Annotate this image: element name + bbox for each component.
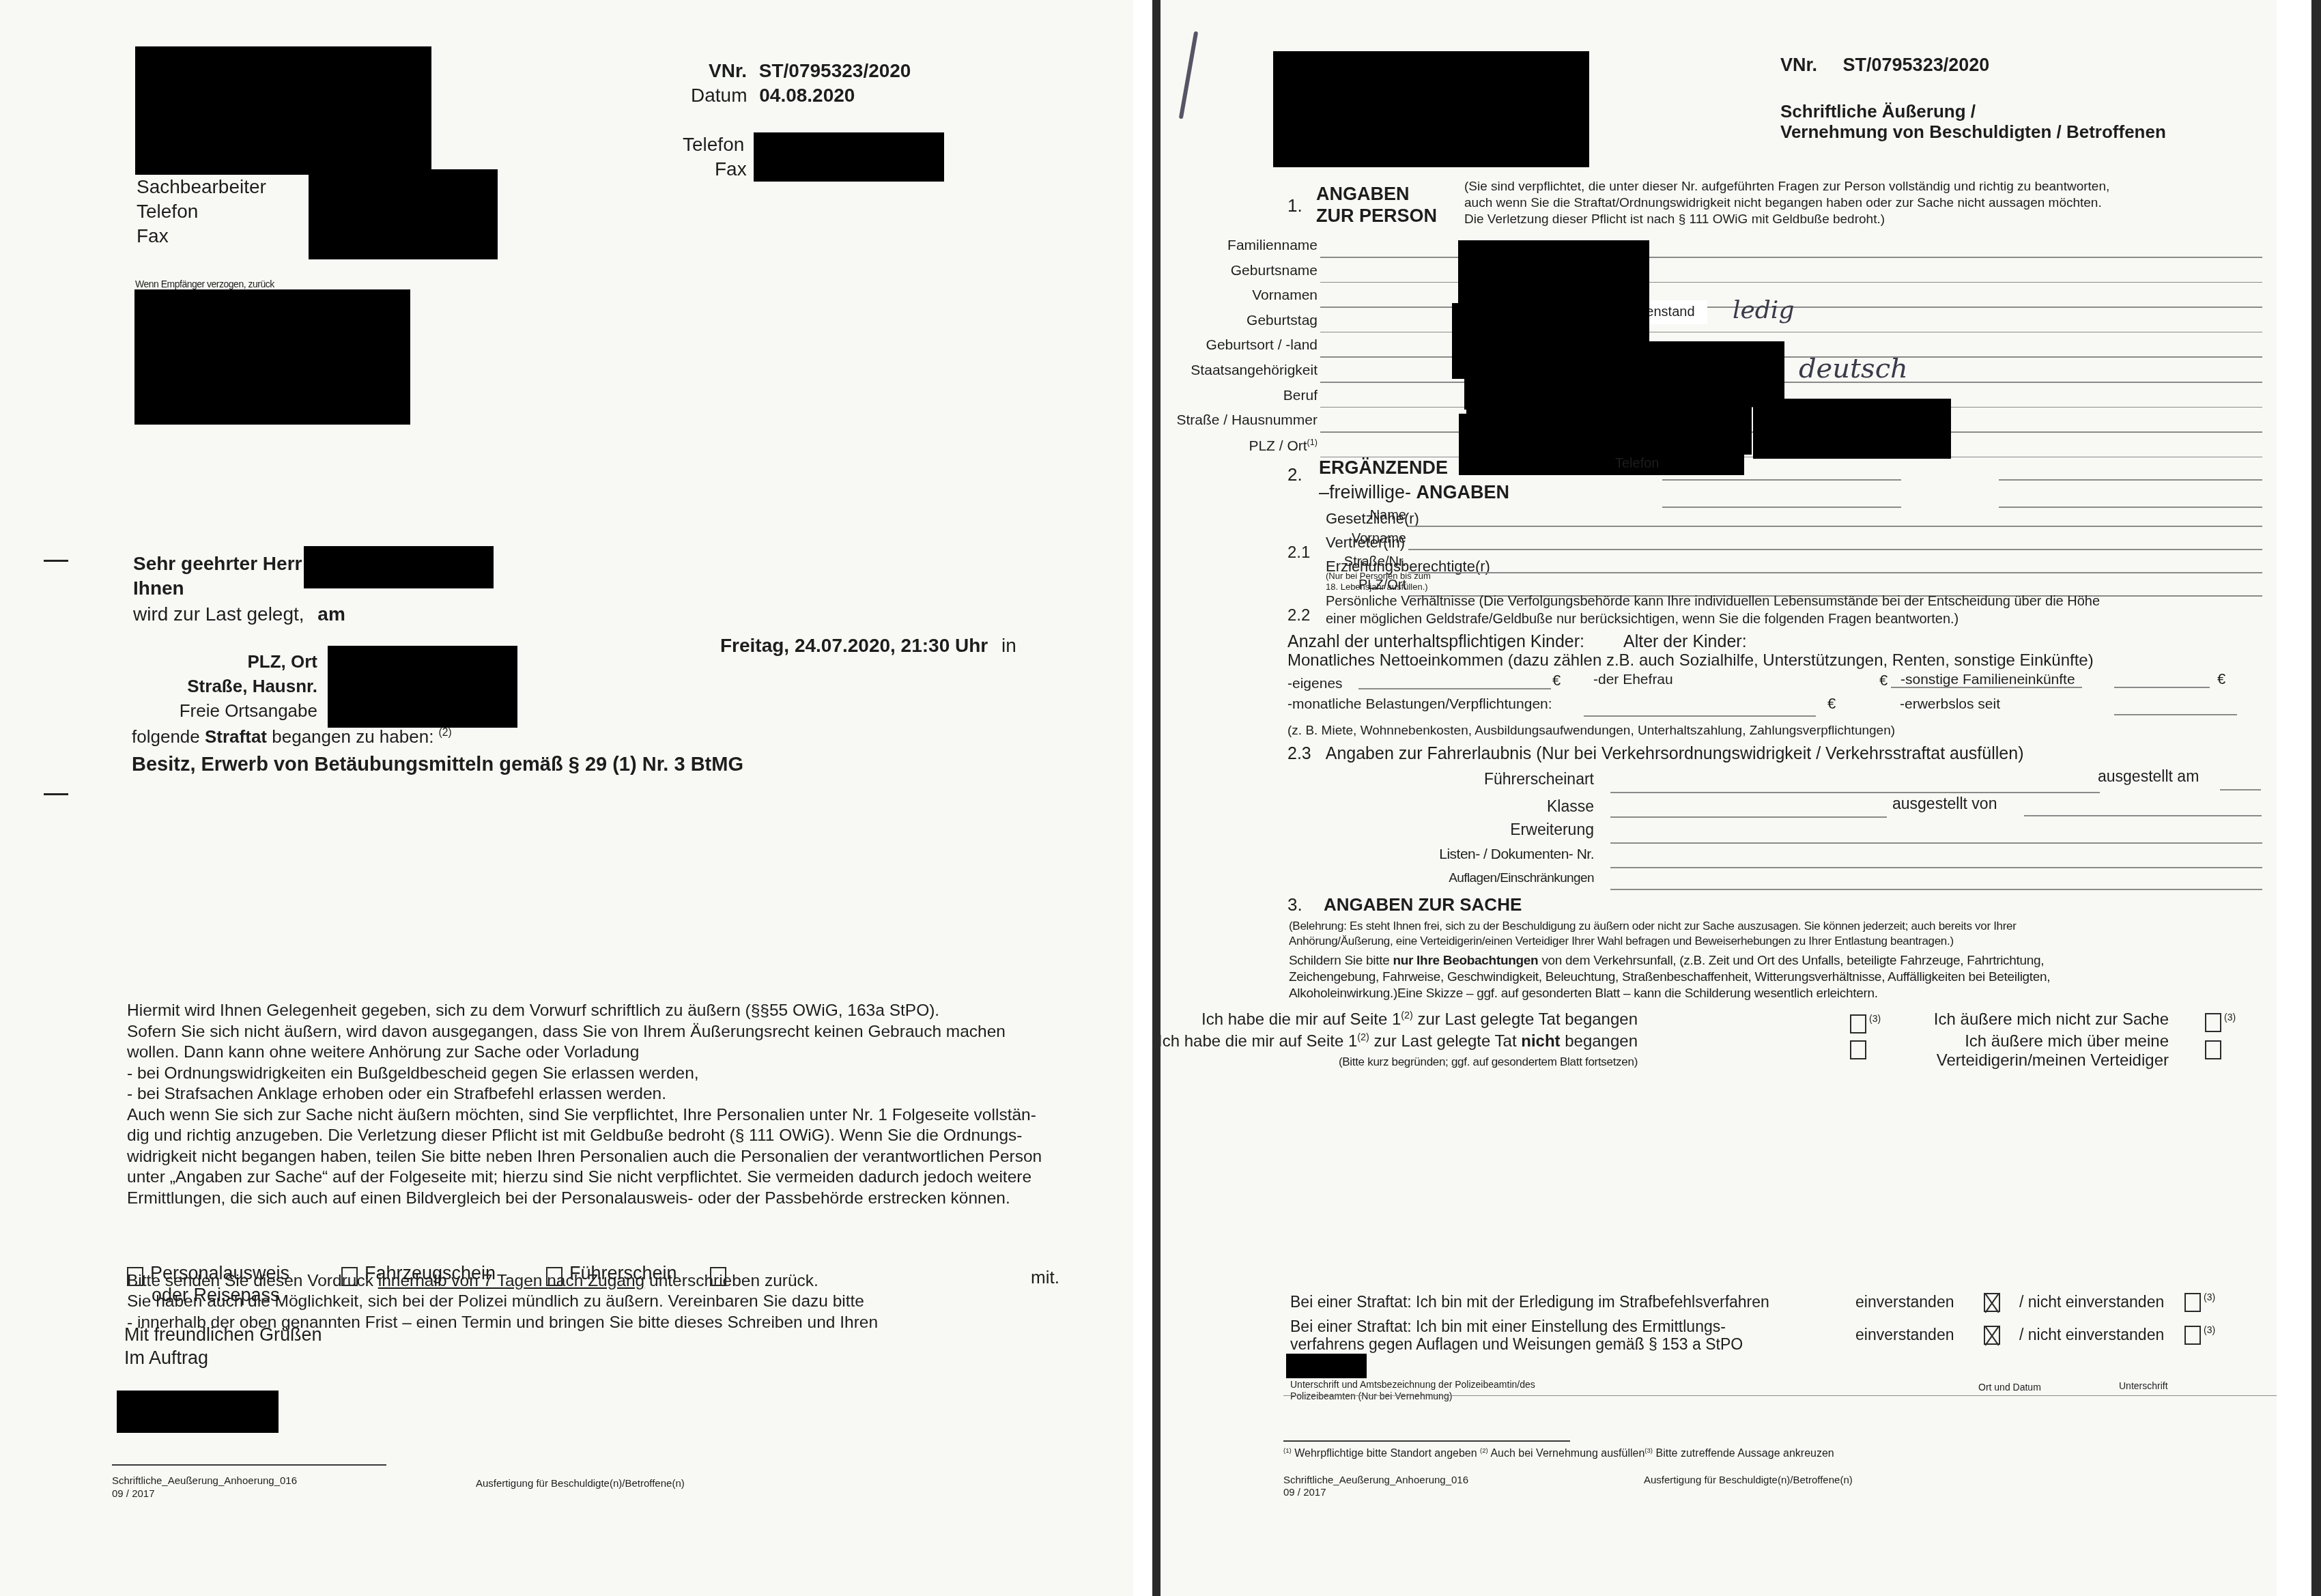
footer-copy-note: Ausfertigung für Beschuldigte(n)/Betroff… xyxy=(476,1478,685,1490)
notice-line-4: - bei Ordnungswidrigkeiten ein Bußgeldbe… xyxy=(127,1064,1042,1085)
nicht-begangen-pre: Ich habe die mir auf Seite 1 xyxy=(1160,1032,1357,1051)
fuehrerscheinart-label: Führerscheinart xyxy=(1484,770,1594,788)
verteidiger-label: Ich äußere mich über meine Verteidigerin… xyxy=(1937,1032,2169,1070)
kinder-label: Anzahl der unterhaltspflichtigen Kinder: xyxy=(1287,632,1584,651)
eigenes-currency: € xyxy=(1552,672,1561,689)
section3-title-row: 3. ANGABEN ZUR SACHE xyxy=(1287,894,1522,915)
plz-ort-label: PLZ, Ort xyxy=(247,651,317,672)
telefon-line-4[interactable] xyxy=(1999,507,2262,508)
consent-agree-checkbox-1[interactable] xyxy=(1984,1293,2000,1312)
section1-note-line-1: (Sie sind verpflichtet, die unter dieser… xyxy=(1464,179,2109,195)
form-footer-form-id: Schriftliche_Aeußerung_Anhoerung_016 xyxy=(1283,1474,1468,1487)
notice-line-1: Hiermit wird Ihnen Gelegenheit gegeben, … xyxy=(127,1001,1042,1022)
closing: Mit freundlichen Grüßen xyxy=(124,1324,322,1345)
sonstige-label: -sonstige Familieneinkünfte xyxy=(1900,672,2075,688)
ausgestellt-von-label: ausgestellt von xyxy=(1892,795,1997,813)
nicht-begangen-post: begangen xyxy=(1565,1032,1638,1051)
sonstige-currency: € xyxy=(2217,670,2225,688)
redacted-offense-location xyxy=(328,646,517,728)
freie-ortsangabe-label: Freie Ortsangabe xyxy=(180,700,317,722)
footnote-2: (2) xyxy=(439,727,452,739)
erweiterung-line[interactable] xyxy=(1610,842,2262,844)
section1-number: 1. xyxy=(1287,195,1302,216)
ausgestellt-am-label: ausgestellt am xyxy=(2098,767,2199,786)
sub21-field-label-2: Vorname xyxy=(1352,531,1406,547)
verteidiger-checkbox[interactable] xyxy=(2205,1040,2221,1059)
erweiterung-label: Erweiterung xyxy=(1510,821,1594,839)
telefon-line-1[interactable] xyxy=(1662,479,1901,481)
form-vnr-row: VNr. ST/0795323/2020 xyxy=(1780,55,1989,76)
ehefrau-label: -der Ehefrau xyxy=(1593,672,1673,688)
field-label-8: Straße / Hausnummer xyxy=(1176,412,1318,429)
keine-aeusserung-label: Ich äußere mich nicht zur Sache xyxy=(1934,1010,2169,1029)
listen-line[interactable] xyxy=(1610,867,2262,868)
verteidiger-line2: Verteidigerin/meinen Verteidiger xyxy=(1937,1051,2169,1070)
fn2-mark: (2) xyxy=(1480,1447,1488,1455)
sub21-field-line-1[interactable] xyxy=(1408,526,2262,527)
belehrung-text: (Belehrung: Es steht Ihnen frei, sich zu… xyxy=(1289,919,2017,949)
form-footer-date: 09 / 2017 xyxy=(1283,1487,1468,1499)
belastungen-label: -monatliche Belastungen/Verpflichtungen: xyxy=(1287,696,1552,713)
field-line-6[interactable] xyxy=(1320,382,2262,383)
footer-form-id: Schriftliche_Aeußerung_Anhoerung_016 09 … xyxy=(112,1474,297,1500)
datum-row: Datum 04.08.2020 xyxy=(691,85,855,106)
in-label: in xyxy=(1001,635,1016,656)
datum-value: 04.08.2020 xyxy=(759,85,855,106)
belastungen-currency: € xyxy=(1827,695,1836,713)
form-date: 09 / 2017 xyxy=(112,1487,297,1500)
accused-text: wird zur Last gelegt, xyxy=(133,603,304,625)
form-id: Schriftliche_Aeußerung_Anhoerung_016 xyxy=(112,1474,297,1487)
document-checkbox-4[interactable] xyxy=(710,1267,726,1286)
listen-label: Listen- / Dokumenten- Nr. xyxy=(1439,846,1594,863)
page-separator xyxy=(1152,0,1160,1596)
staple-mark xyxy=(1179,31,1198,119)
sub21-field-label-1: Name xyxy=(1370,508,1406,524)
fold-mark-middle xyxy=(44,793,68,795)
section1-note-line-2: auch wenn Sie die Straftat/Ordnungswidri… xyxy=(1464,195,2109,212)
offense-datetime: Freitag, 24.07.2020, 21:30 Uhr xyxy=(720,635,988,656)
sachbearbeiter-label: Sachbearbeiter xyxy=(137,176,266,198)
ort-datum-label: Ort und Datum xyxy=(1978,1382,2041,1393)
keine-aeusserung-fn3: (3) xyxy=(2224,1012,2236,1023)
offense-description: Besitz, Erwerb von Betäubungsmitteln gem… xyxy=(132,754,743,776)
sub21-field-line-2[interactable] xyxy=(1408,549,2262,550)
schildern-line-3: Alkoholeinwirkung.)Eine Skizze – ggf. au… xyxy=(1289,986,2050,1002)
redacted-header-phone xyxy=(754,132,944,182)
consent-text-2: Bei einer Straftat: Ich bin mit einer Ei… xyxy=(1290,1317,1743,1353)
document-checkbox-3[interactable] xyxy=(546,1267,563,1286)
begangen-pre: Ich habe die mir auf Seite 1 xyxy=(1201,1010,1401,1029)
field-footnote: (1) xyxy=(1307,438,1318,447)
notice-body: Hiermit wird Ihnen Gelegenheit gegeben, … xyxy=(127,1001,1042,1209)
field-label-4: Geburtstag xyxy=(1247,313,1318,329)
klasse-label: Klasse xyxy=(1547,797,1594,816)
mit-label: mit. xyxy=(1031,1267,1059,1288)
eigenes-line[interactable] xyxy=(1358,688,1551,689)
section1-note: (Sie sind verpflichtet, die unter dieser… xyxy=(1464,179,2109,228)
redacted-authority-block xyxy=(1273,51,1589,167)
section1-note-line-3: Die Verletzung dieser Pflicht ist nach §… xyxy=(1464,212,2109,228)
contact-telefon-label: Telefon xyxy=(137,201,198,223)
salutation: Sehr geehrter Herr xyxy=(133,553,302,575)
nicht-begangen-bold: nicht xyxy=(1521,1032,1560,1051)
fn1-mark: (1) xyxy=(1283,1447,1292,1455)
document-checkbox-1[interactable] xyxy=(127,1267,143,1286)
document-label-2: Fahrzeugschein xyxy=(365,1263,496,1284)
consent-footnote-2: (3) xyxy=(2204,1324,2215,1335)
redacted-recipient-name xyxy=(304,546,494,588)
option-begangen-label: Ich habe die mir auf Seite 1(2) zur Last… xyxy=(1201,1010,1638,1029)
form-footer-copy-note: Ausfertigung für Beschuldigte(n)/Betroff… xyxy=(1644,1474,1853,1486)
ihnen-label: Ihnen xyxy=(133,578,184,599)
notice-line-6: Auch wenn Sie sich zur Sache nicht äußer… xyxy=(127,1105,1042,1126)
income-heading: Monatliches Nettoeinkommen (dazu zählen … xyxy=(1287,651,2094,670)
field-label-7: Beruf xyxy=(1283,388,1318,404)
document-label-1: Personalausweis xyxy=(150,1263,289,1284)
klasse-line[interactable] xyxy=(1610,816,1887,818)
datum-label: Datum xyxy=(691,85,747,106)
offense-intro-post: begangen zu haben: xyxy=(272,726,433,747)
ausgestellt-am-line[interactable] xyxy=(2220,789,2261,790)
sub21-field-label-3: Straße/Nr. xyxy=(1344,554,1406,570)
fuehrerscheinart-line[interactable] xyxy=(1610,792,2100,793)
fn3-text: Bitte zutreffende Aussage ankreuzen xyxy=(1656,1448,1834,1459)
auflagen-label: Auflagen/Einschränkungen xyxy=(1449,871,1594,886)
form-vnr-label: VNr. xyxy=(1780,55,1817,75)
sub21-field-line-3[interactable] xyxy=(1408,572,2262,573)
schildern-line-2: Zeichengebung, Fahrweise, Geschwindigkei… xyxy=(1289,969,2050,986)
sub21-label-1: Gesetzliche(r) xyxy=(1326,507,1490,530)
redacted-contact-details xyxy=(309,169,498,259)
unterschrift-label: Unterschrift xyxy=(2119,1380,2168,1391)
section3-title: ANGABEN ZUR SACHE xyxy=(1324,894,1522,915)
scan-edge xyxy=(2311,0,2321,1596)
footer-rule xyxy=(112,1464,386,1466)
kinder-row: Anzahl der unterhaltspflichtigen Kinder:… xyxy=(1287,632,1747,652)
section2-telefon-label: Telefon xyxy=(1615,456,1660,472)
begangen-fn3: (3) xyxy=(1869,1013,1881,1024)
consent-disagree-label-1: / nicht einverstanden xyxy=(2019,1293,2164,1311)
telefon-line-3[interactable] xyxy=(1662,507,1901,508)
section3-number: 3. xyxy=(1287,894,1302,915)
consent-text-line-1: Bei einer Straftat: Ich bin mit der Erle… xyxy=(1290,1293,1769,1311)
document-label-3: Führerschein xyxy=(569,1263,677,1284)
consent-agree-label-2: einverstanden xyxy=(1855,1326,1954,1344)
section2-title-line1: ERGÄNZENDE xyxy=(1319,457,1448,479)
keine-aeusserung-checkbox[interactable] xyxy=(2205,1013,2221,1032)
fold-mark-top xyxy=(44,560,68,562)
notice-line-8: widrigkeit nicht begangen haben, teilen … xyxy=(127,1147,1042,1168)
section2-title-line2: –freiwillige- ANGABEN xyxy=(1319,482,1509,503)
am-label: am xyxy=(317,603,345,625)
sub22-number: 2.2 xyxy=(1287,606,1310,625)
sub22-line-2: einer möglichen Geldstrafe/Geldbuße nur … xyxy=(1326,610,2100,628)
notice-line-10: Ermittlungen, die sich auch auf einen Bi… xyxy=(127,1188,1042,1210)
field-label-1: Familienname xyxy=(1227,238,1318,254)
alter-label: Alter der Kinder: xyxy=(1623,632,1747,651)
ausgestellt-von-line[interactable] xyxy=(2024,815,2262,816)
schildern-bold: nur Ihre Beobachtungen xyxy=(1393,954,1538,968)
nicht-begangen-fn2: (2) xyxy=(1357,1032,1369,1043)
option-nicht-begangen-label: Ich habe die mir auf Seite 1(2) zur Last… xyxy=(1160,1032,1638,1051)
consent-disagree-checkbox-1[interactable] xyxy=(2184,1293,2201,1312)
erwerbslos-label: -erwerbslos seit xyxy=(1900,696,2000,713)
consent-text-line-2: verfahrens gegen Auflagen und Weisungen … xyxy=(1290,1335,1743,1353)
notice-line-9: unter „Angaben zur Sache“ auf der Folges… xyxy=(127,1167,1042,1188)
consent-text-line-1: Bei einer Straftat: Ich bin mit einer Ei… xyxy=(1290,1317,1743,1335)
notice-line-3: wollen. Dann kann ohne weitere Anhörung … xyxy=(127,1042,1042,1064)
field-label-9: PLZ / Ort(1) xyxy=(1249,438,1318,455)
redacted-birthdate-place xyxy=(1452,303,1596,379)
header-telefon-label: Telefon xyxy=(683,134,744,156)
verteidiger-line1: Ich äußere mich über meine xyxy=(1937,1032,2169,1051)
vnr-value: ST/0795323/2020 xyxy=(759,60,911,81)
erwerbslos-line[interactable] xyxy=(2114,714,2237,715)
footnotes: (1) Wehrpflichtige bitte Standort angebe… xyxy=(1283,1447,1834,1460)
right-page-form: VNr. ST/0795323/2020 Schriftliche Äußeru… xyxy=(1160,0,2277,1596)
sub23-title: Angaben zur Fahrerlaubnis (Nur bei Verke… xyxy=(1326,744,2024,763)
fn1-text: Wehrpflichtige bitte Standort angeben xyxy=(1294,1448,1477,1459)
signature-rule xyxy=(1283,1395,2277,1396)
section2-number: 2. xyxy=(1287,464,1302,485)
consent-disagree-checkbox-2[interactable] xyxy=(2184,1326,2201,1345)
offense-datetime-row: Freitag, 24.07.2020, 21:30 Uhr in xyxy=(720,635,1016,657)
familienstand-value[interactable]: ledig xyxy=(1733,296,1794,324)
sub22-line-1: Persönliche Verhältnisse (Die Verfolgung… xyxy=(1326,593,2100,610)
redacted-recipient-address xyxy=(134,289,410,425)
left-page-letter: VNr. ST/0795323/2020 Datum 04.08.2020 Te… xyxy=(0,0,1133,1596)
section2-title-bold: ANGABEN xyxy=(1416,482,1510,502)
offense-intro-pre: folgende xyxy=(132,726,200,747)
belehrung-line-1: (Belehrung: Es steht Ihnen frei, sich zu… xyxy=(1289,919,2017,934)
offense-intro-bold: Straftat xyxy=(205,726,267,747)
section1-title-line1: ANGABEN xyxy=(1316,183,1437,205)
sub21-number: 2.1 xyxy=(1287,543,1310,562)
sub23-title-row: 2.3 Angaben zur Fahrerlaubnis (Nur bei V… xyxy=(1287,744,2023,764)
accused-line: wird zur Last gelegt, am xyxy=(133,603,345,625)
strasse-label: Straße, Hausnr. xyxy=(187,676,317,697)
header-fax-label: Fax xyxy=(715,158,747,180)
telefon-line-2[interactable] xyxy=(1999,479,2262,481)
fn2-text: Auch bei Vernehmung ausfüllen xyxy=(1490,1448,1644,1459)
fn3-mark: (3) xyxy=(1644,1447,1653,1455)
section1-title-line2: ZUR PERSON xyxy=(1316,205,1437,227)
contact-fax-label: Fax xyxy=(137,225,169,247)
redacted-postal xyxy=(1459,414,1744,475)
field-label-3: Vornamen xyxy=(1252,287,1318,304)
belastungen-line[interactable] xyxy=(1584,715,1816,717)
sub22-text: Persönliche Verhältnisse (Die Verfolgung… xyxy=(1326,593,2100,628)
redacted-officer-signature xyxy=(1286,1354,1367,1378)
field-label-6: Staatsangehörigkeit xyxy=(1191,362,1318,379)
schildern-text: Schildern Sie bitte nur Ihre Beobachtung… xyxy=(1289,953,2050,1002)
consent-agree-label-1: einverstanden xyxy=(1855,1293,1954,1311)
field-label-2: Geburtsname xyxy=(1231,263,1318,279)
belastungen-note: (z. B. Miete, Wohnnebenkosten, Ausbildun… xyxy=(1287,724,1895,739)
im-auftrag: Im Auftrag xyxy=(124,1348,208,1369)
consent-agree-checkbox-2[interactable] xyxy=(1984,1326,2000,1345)
vnr-row: VNr. ST/0795323/2020 xyxy=(709,60,911,82)
nicht-begangen-checkbox[interactable] xyxy=(1850,1040,1866,1059)
ehefrau-currency: € xyxy=(1879,672,1888,689)
redacted-street xyxy=(1753,399,1951,459)
notice-line-2: Sofern Sie sich nicht äußern, wird davon… xyxy=(127,1022,1042,1043)
schildern-pre: Schildern Sie bitte xyxy=(1289,954,1389,968)
eigenes-label: -eigenes xyxy=(1287,676,1343,692)
officer-label-line2: Polizeibeamten (Nur bei Vernehmung) xyxy=(1290,1391,1535,1402)
auflagen-line[interactable] xyxy=(1610,889,2262,890)
field-label-5: Geburtsort / -land xyxy=(1206,337,1318,354)
begangen-checkbox[interactable] xyxy=(1850,1014,1866,1034)
form-footer-id: Schriftliche_Aeußerung_Anhoerung_016 09 … xyxy=(1283,1474,1468,1499)
notice-line-7: dig und richtig anzugeben. Die Verletzun… xyxy=(127,1126,1042,1147)
form-title-line2: Vernehmung von Beschuldigten / Betroffen… xyxy=(1780,122,2166,143)
form-title-line1: Schriftliche Äußerung / xyxy=(1780,101,1976,122)
nicht-begangen-note: (Bitte kurz begründen; ggf. auf gesonder… xyxy=(1339,1055,1638,1069)
sub21-label-2: Vertreter(in) xyxy=(1326,530,1490,554)
consent-disagree-label-2: / nicht einverstanden xyxy=(2019,1326,2164,1344)
notice-line-5: - bei Strafsachen Anklage erhoben oder e… xyxy=(127,1084,1042,1105)
section2-title-pre: –freiwillige- xyxy=(1319,482,1411,502)
redacted-signature xyxy=(117,1391,279,1433)
offense-intro: folgende Straftat begangen zu haben: (2) xyxy=(132,726,452,747)
consent-footnote-1: (3) xyxy=(2204,1292,2215,1302)
officer-signature-label: Unterschrift und Amtsbezeichnung der Pol… xyxy=(1290,1379,1535,1402)
field-value-6[interactable]: deutsch xyxy=(1799,353,1908,384)
form-vnr-value: ST/0795323/2020 xyxy=(1843,55,1990,75)
redacted-sender-block xyxy=(135,46,431,175)
sonstige-line[interactable] xyxy=(2114,687,2210,688)
belehrung-line-2: Anhörung/Äußerung, eine Verteidigerin/ei… xyxy=(1289,934,2017,949)
schildern-post: von dem Verkehrsunfall, (z.B. Zeit und O… xyxy=(1541,954,2044,968)
consent-text-1: Bei einer Straftat: Ich bin mit der Erle… xyxy=(1290,1293,1769,1311)
sub21-field-label-4: PLZ/Ort xyxy=(1358,578,1406,593)
vnr-label: VNr. xyxy=(709,60,747,81)
sub23-number: 2.3 xyxy=(1287,744,1311,763)
officer-label-line1: Unterschrift und Amtsbezeichnung der Pol… xyxy=(1290,1379,1535,1391)
document-checkbox-2[interactable] xyxy=(341,1267,358,1286)
return-note: Wenn Empfänger verzogen, zurück xyxy=(135,279,274,289)
section1-title: ANGABEN ZUR PERSON xyxy=(1316,183,1437,227)
document-label-1-line2: oder Reisepass xyxy=(152,1285,280,1306)
begangen-post: zur Last gelegte Tat begangen xyxy=(1418,1010,1638,1029)
footnote-rule xyxy=(1283,1440,1570,1442)
begangen-fn2: (2) xyxy=(1401,1010,1413,1021)
nicht-begangen-mid: zur Last gelegte Tat xyxy=(1374,1032,1517,1051)
